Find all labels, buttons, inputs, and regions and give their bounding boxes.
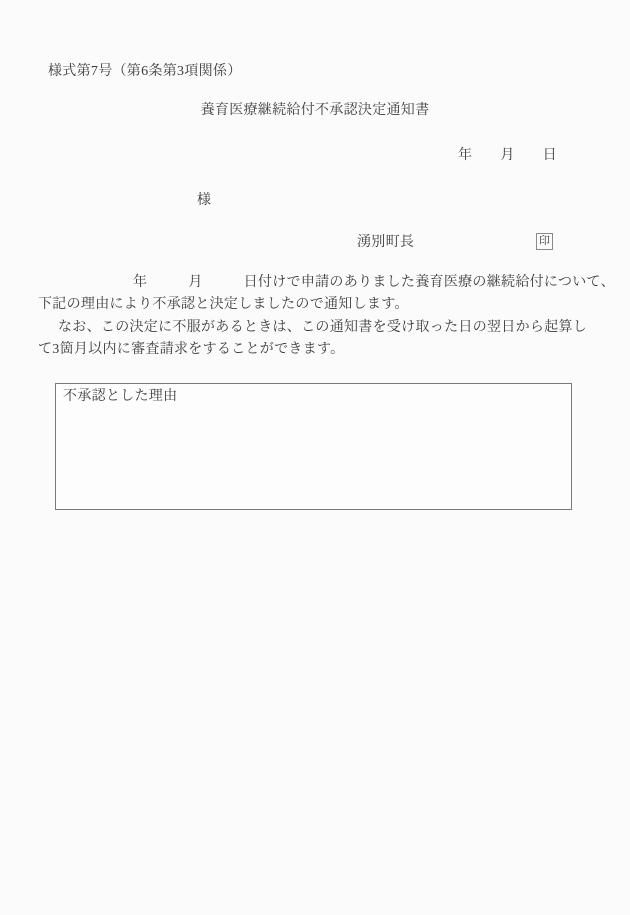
body-line-1: 年 月 日付けで申請のありました養育医療の継続給付について、	[133, 276, 615, 290]
reason-box-label: 不承認とした理由	[63, 390, 177, 404]
reason-box-content	[63, 412, 564, 502]
date-line: 年 月 日	[458, 149, 557, 163]
reason-box: 不承認とした理由	[55, 383, 572, 510]
body-line-1-text: 日付けで申請のありました養育医療の継続給付について、	[244, 276, 615, 290]
body-month-blank	[203, 276, 244, 290]
document-title: 養育医療継続給付不承認決定通知書	[0, 104, 630, 118]
document-page: 様式第7号（第6条第3項関係） 養育医療継続給付不承認決定通知書 年 月 日 様…	[0, 0, 630, 915]
date-year-label: 年	[458, 149, 472, 163]
body-line-2: 下記の理由により不承認と決定しましたので通知します。	[38, 298, 409, 312]
body-line-3: なお、この決定に不服があるときは、この通知書を受け取った日の翌日から起算し	[58, 321, 587, 335]
form-number: 様式第7号（第6条第3項関係）	[48, 65, 242, 79]
addressee-honorific: 様	[197, 194, 211, 208]
seal-placeholder-box: 印	[536, 233, 553, 250]
date-year-blank	[472, 149, 500, 163]
body-year-label: 年	[133, 276, 147, 290]
date-day-label: 日	[543, 149, 557, 163]
body-year-blank	[147, 276, 188, 290]
issuer-name: 湧別町長	[357, 236, 414, 250]
date-month-blank	[515, 149, 543, 163]
body-month-label: 月	[188, 276, 202, 290]
seal-mark: 印	[539, 235, 550, 247]
date-month-label: 月	[500, 149, 514, 163]
body-line-4: て3箇月以内に審査請求をすることができます。	[38, 343, 344, 357]
